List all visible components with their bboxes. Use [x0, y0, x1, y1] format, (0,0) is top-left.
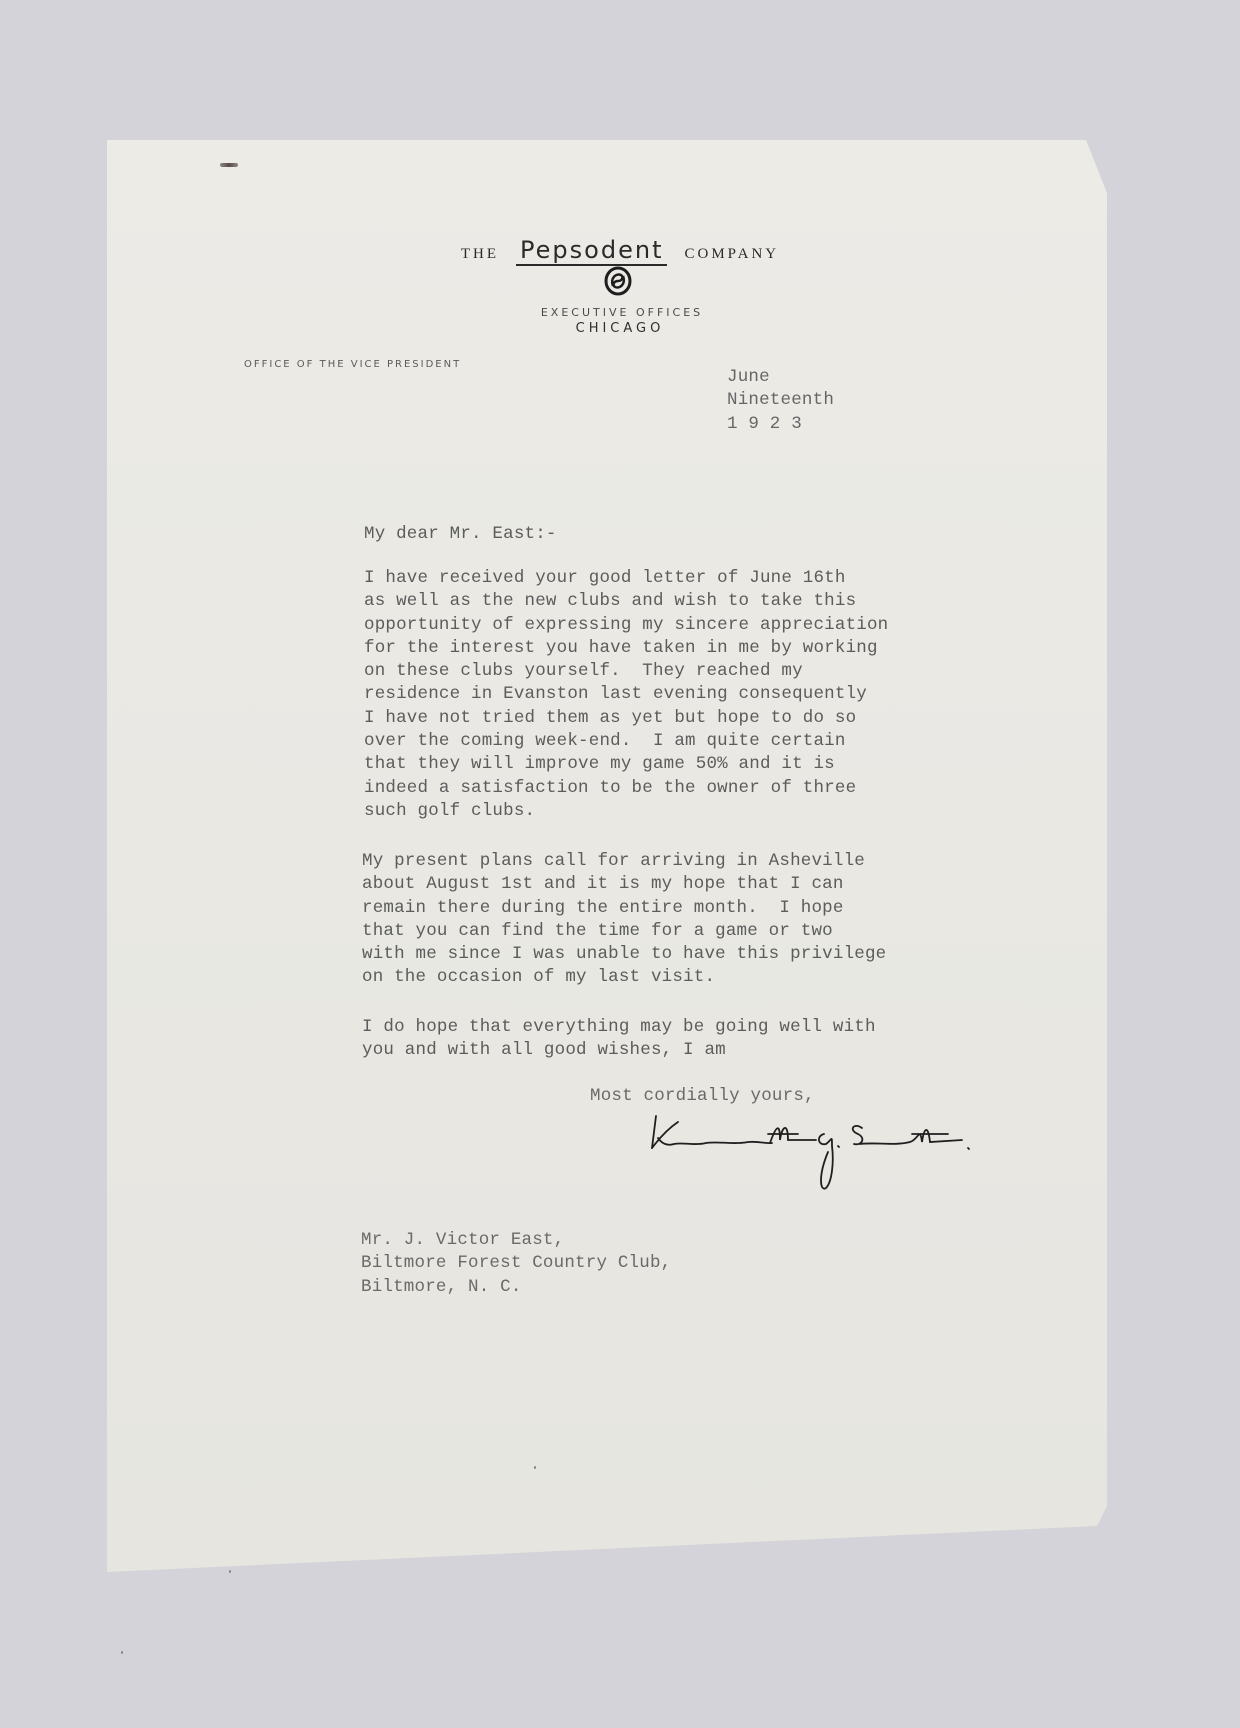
paper-speck	[121, 1651, 123, 1654]
city-label: CHICAGO	[0, 321, 1240, 336]
letterhead-suffix: COMPANY	[684, 246, 779, 262]
letterhead-prefix: THE	[461, 246, 499, 262]
pepsodent-logo-icon	[604, 266, 632, 296]
address-line: Biltmore, N. C.	[361, 1277, 522, 1297]
company-brand: Pepsodent	[516, 236, 667, 266]
salutation: My dear Mr. East:-	[364, 523, 557, 546]
closing: Most cordially yours,	[590, 1085, 815, 1108]
date-year: 1 9 2 3	[727, 414, 802, 434]
date-day: Nineteenth	[727, 390, 834, 410]
recipient-address: Mr. J. Victor East, Biltmore Forest Coun…	[361, 1229, 671, 1299]
paper-speck	[534, 1466, 536, 1469]
letter-date: June Nineteenth 1 9 2 3	[727, 366, 834, 436]
body-paragraph: My present plans call for arriving in As…	[362, 850, 886, 990]
staple-mark	[220, 163, 238, 167]
executive-offices-label: EXECUTIVE OFFICES	[2, 306, 1240, 319]
address-line: Mr. J. Victor East,	[361, 1230, 564, 1250]
paper-speck	[229, 1570, 231, 1573]
body-paragraph: I do hope that everything may be going w…	[362, 1016, 876, 1063]
handwritten-signature: Kenneth J. Smith	[648, 1112, 1068, 1192]
address-line: Biltmore Forest Country Club,	[361, 1253, 671, 1273]
letterhead: THE Pepsodent COMPANY	[0, 236, 1240, 264]
body-paragraph: I have received your good letter of June…	[364, 567, 888, 823]
office-label: OFFICE OF THE VICE PRESIDENT	[244, 359, 461, 370]
date-month: June	[727, 367, 770, 387]
